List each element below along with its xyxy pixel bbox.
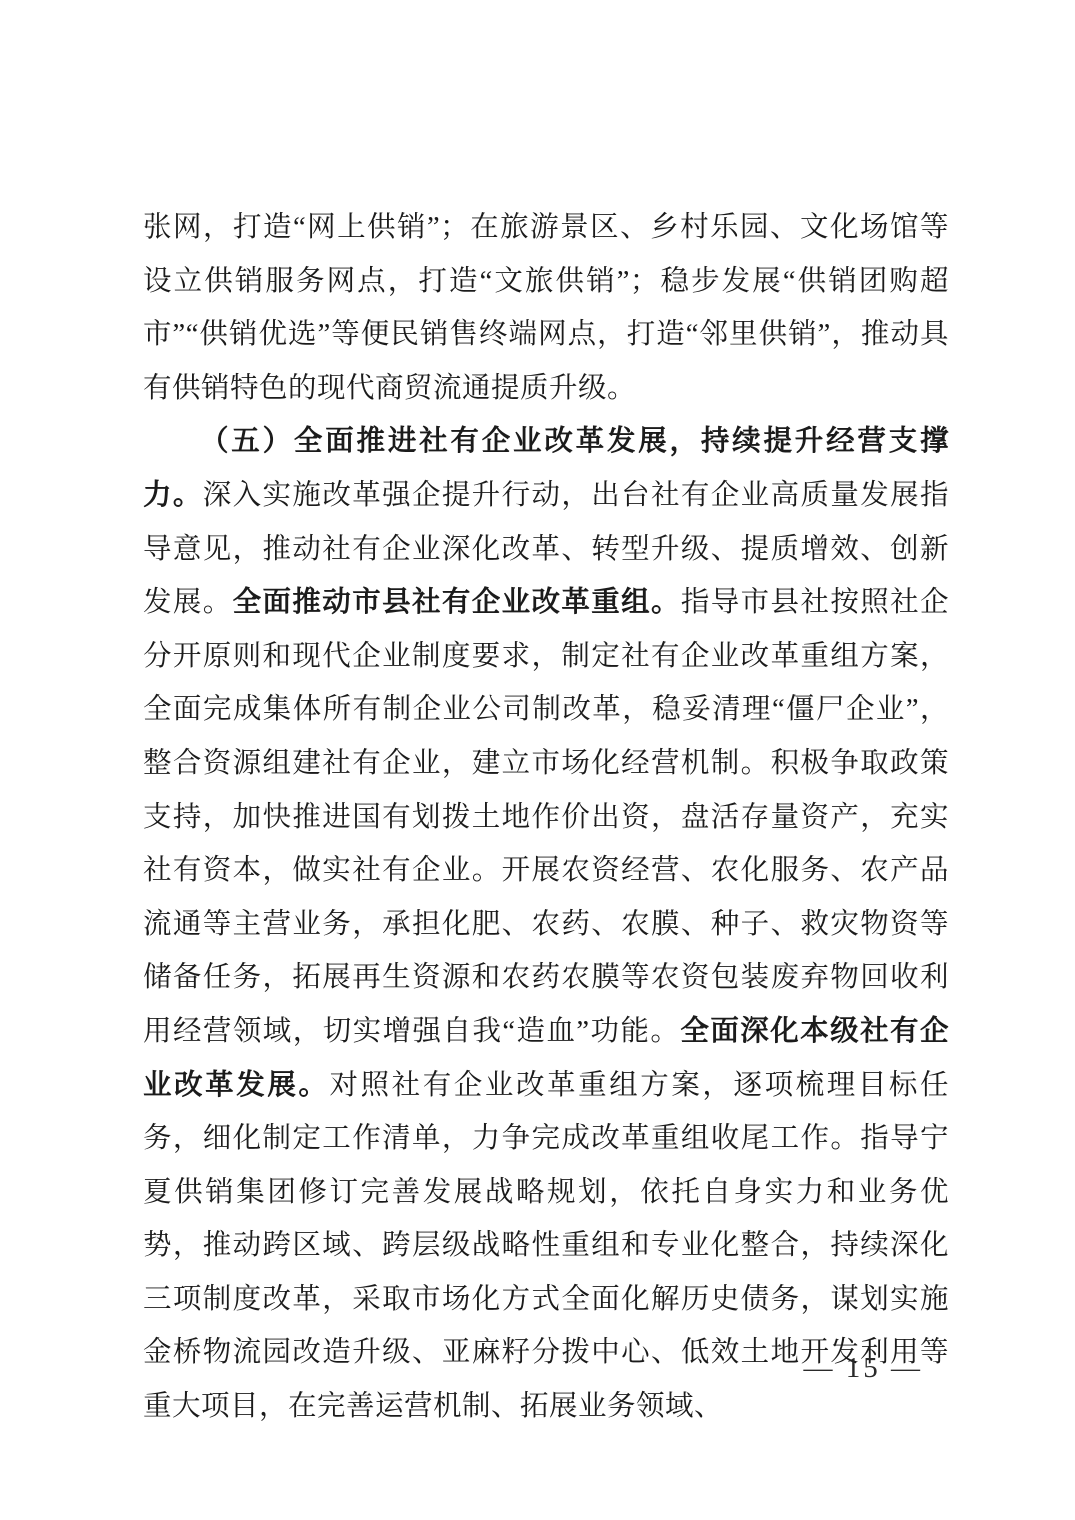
text-run-normal: 张网，打造“网上供销”；在旅游景区、乡村乐园、文化场馆等设立供销服务网点，打造“… — [143, 212, 949, 404]
paragraph: （五）全面推进社有企业改革发展，持续提升经营支撑力。深入实施改革强企提升行动，出… — [143, 415, 949, 1433]
text-run-normal: 指导市县社按照社企分开原则和现代企业制度要求，制定社有企业改革重组方案，全面完成… — [143, 587, 949, 1047]
paragraph: 张网，打造“网上供销”；在旅游景区、乡村乐园、文化场馆等设立供销服务网点，打造“… — [143, 201, 949, 415]
text-run-bold: 全面推动市县社有企业改革重组。 — [233, 586, 681, 618]
document-page: 张网，打造“网上供销”；在旅游景区、乡村乐园、文化场馆等设立供销服务网点，打造“… — [0, 0, 1075, 1520]
document-body: 张网，打造“网上供销”；在旅游景区、乡村乐园、文化场馆等设立供销服务网点，打造“… — [143, 201, 949, 1434]
page-number: — 15 — — [804, 1352, 924, 1385]
